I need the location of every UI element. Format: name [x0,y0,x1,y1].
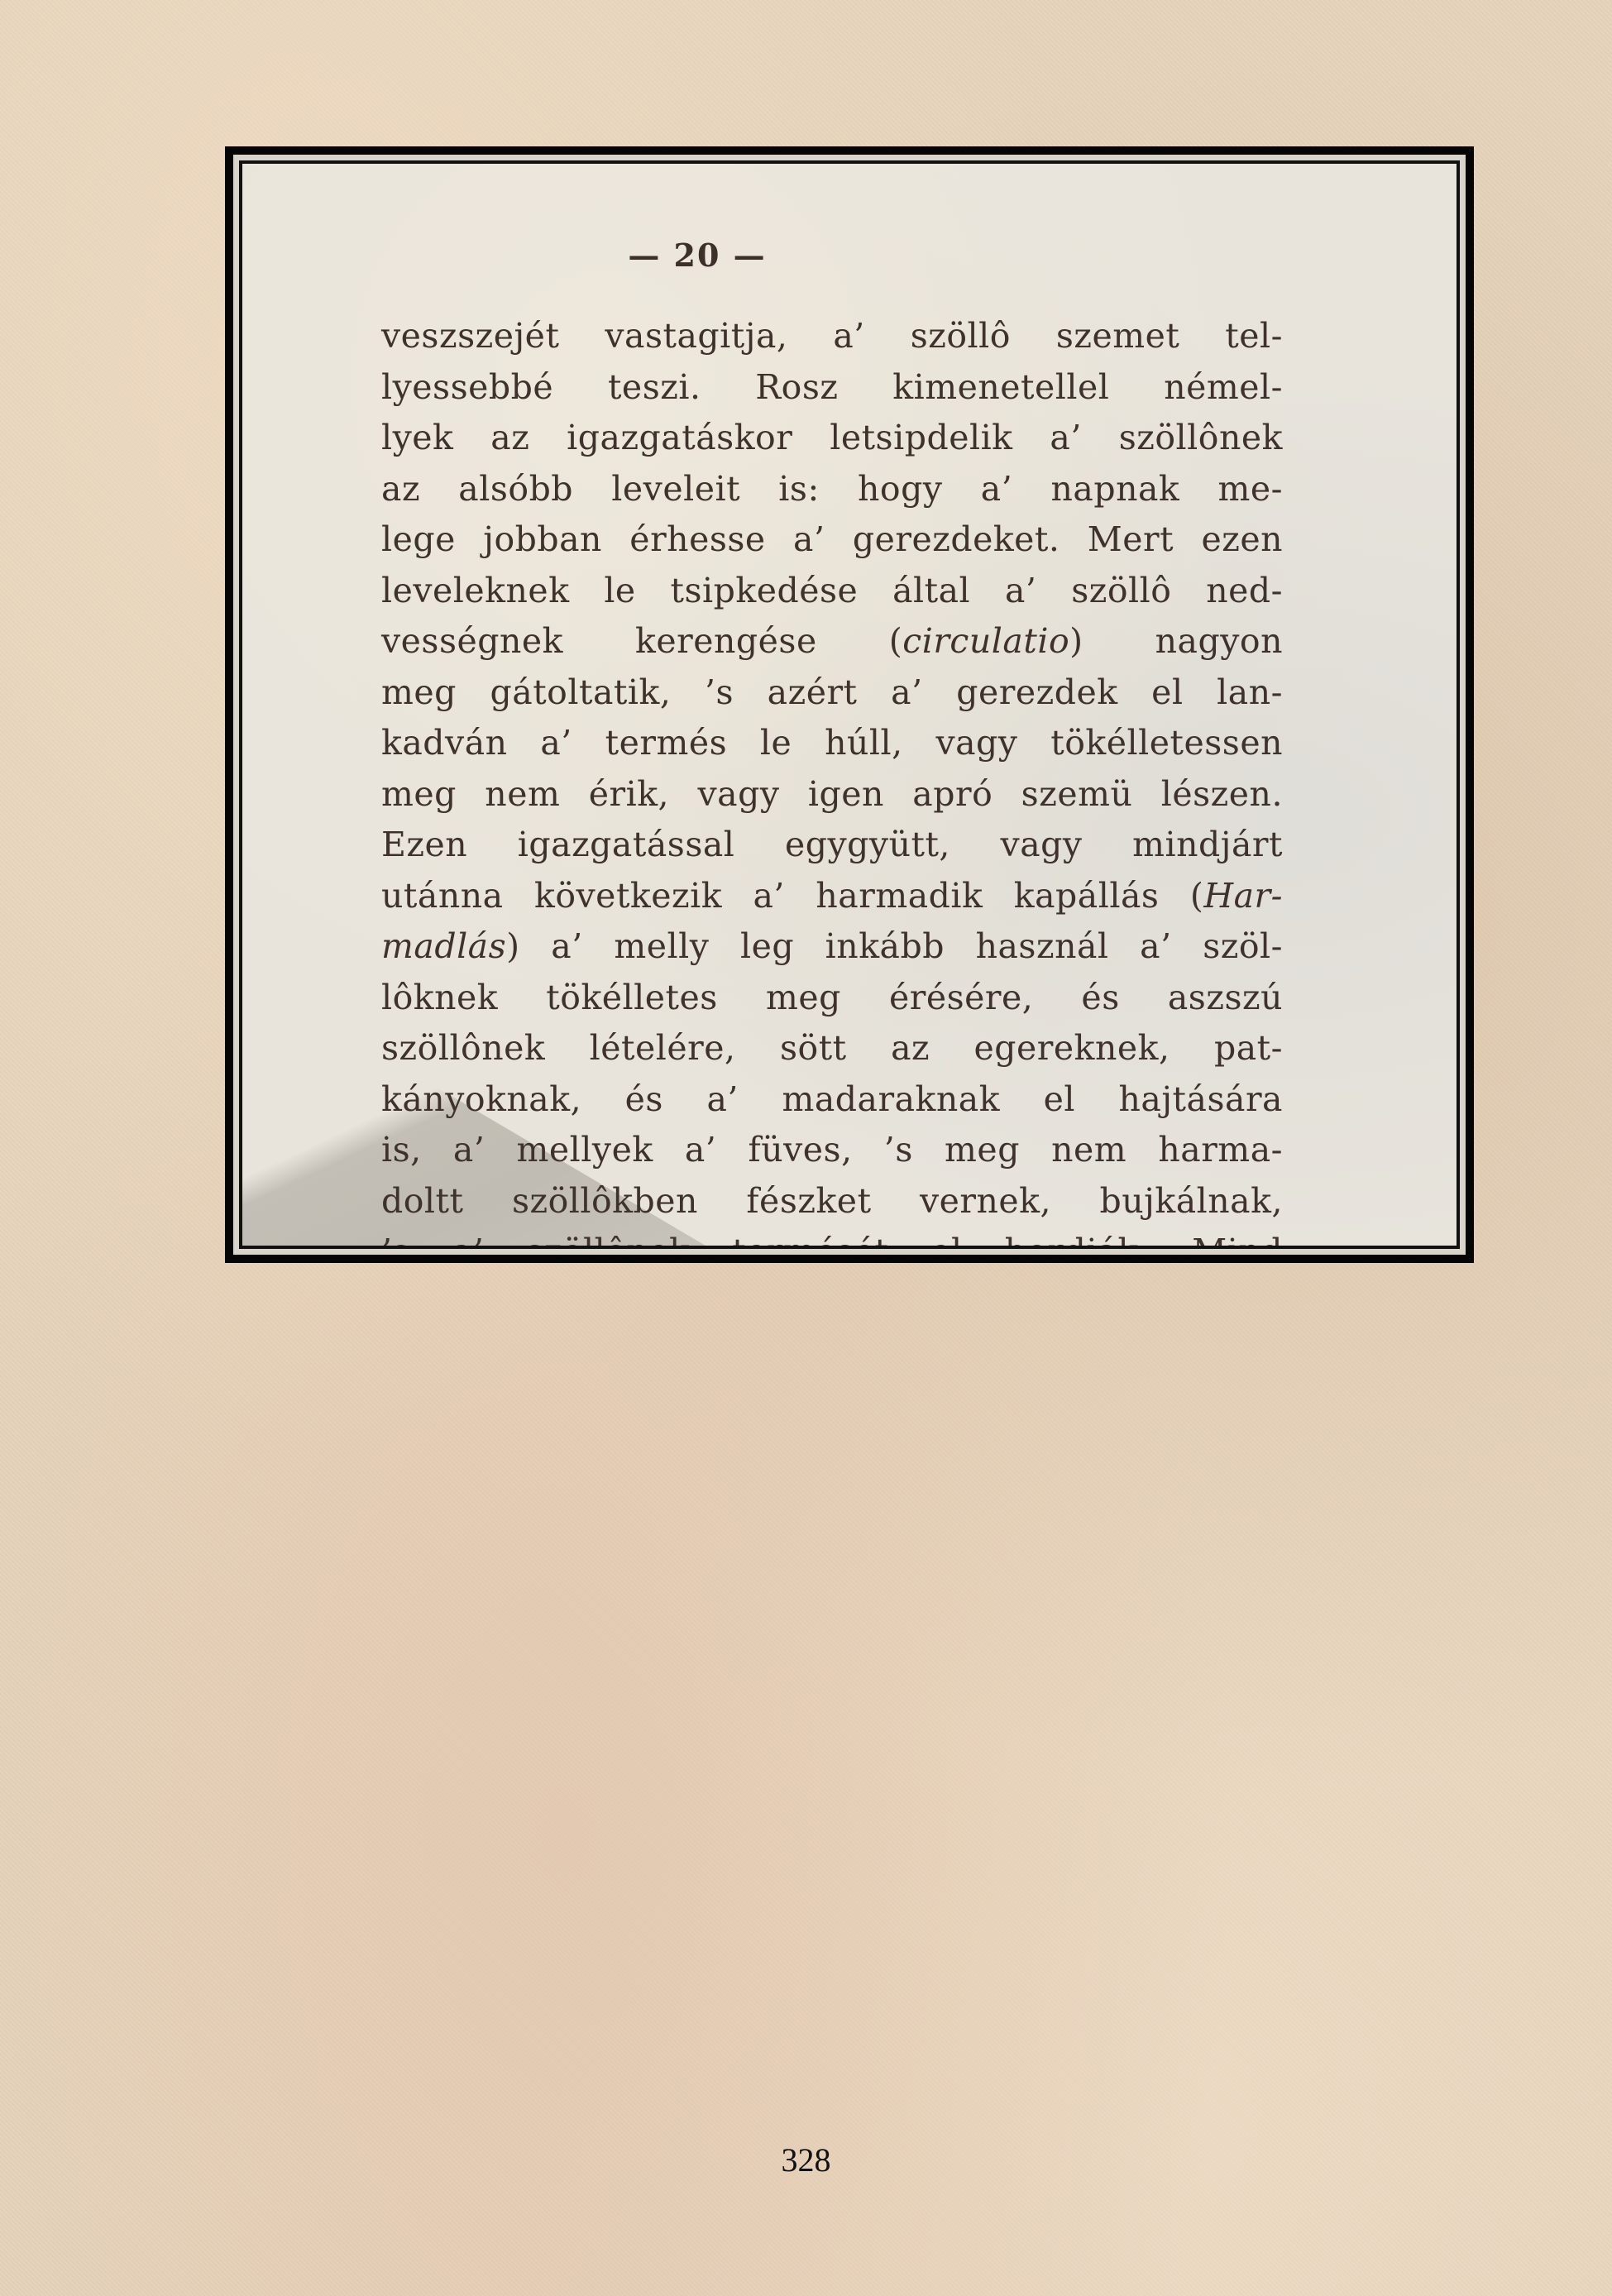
text-line: veszszejét vastagitja, a’ szöllô szemet … [381,311,1283,362]
text-line: kadván a’ termés le húll, vagy tökéllete… [381,718,1283,769]
text-line: lege jobban érhesse a’ gerezdeket. Mert … [381,514,1283,566]
text-line: is, a’ mellyek a’ füves, ’s meg nem harm… [381,1125,1283,1176]
text-line: madlás) a’ melly leg inkább használ a’ s… [381,921,1283,973]
text-line: lyessebbé teszi. Rosz kimenetellel némel… [381,362,1283,414]
text-line: Ezen igazgatással egygyütt, vagy mindjár… [381,820,1283,871]
text-line: meg nem érik, vagy igen apró szemü lésze… [381,769,1283,820]
text-line: lyek az igazgatáskor letsipdelik a’ szöl… [381,413,1283,464]
folio-page-number: 328 [0,2141,1612,2179]
text-line: leveleknek le tsipkedése által a’ szöllô… [381,566,1283,617]
text-line: kányoknak, és a’ madaraknak el hajtására [381,1074,1283,1126]
text-line: az alsóbb leveleit is: hogy a’ napnak me… [381,464,1283,515]
running-head-page-number: — 20 — [242,237,1152,274]
text-line: vességnek kerengése (circulatio) nagyon [381,616,1283,667]
text-line: ’s a’ szöllônek termését el hordják. Min… [381,1227,1283,1249]
body-text: veszszejét vastagitja, a’ szöllô szemet … [381,311,1283,1249]
text-line: lôknek tökélletes meg érésére, és aszszú [381,973,1283,1024]
text-line: utánna következik a’ harmadik kapállás (… [381,871,1283,922]
text-line: meg gátoltatik, ’s azért a’ gerezdek el … [381,667,1283,719]
scanned-page: — 20 — veszszejét vastagitja, a’ szöllô … [239,160,1460,1249]
scan-frame-outer-border: — 20 — veszszejét vastagitja, a’ szöllô … [225,146,1474,1263]
text-line: doltt szöllôkben fészket vernek, bujkáln… [381,1176,1283,1227]
scan-frame-gap: — 20 — veszszejét vastagitja, a’ szöllô … [233,155,1466,1255]
text-line: szöllônek lételére, sött az egereknek, p… [381,1023,1283,1074]
paragraph-1: veszszejét vastagitja, a’ szöllô szemet … [381,311,1283,1249]
